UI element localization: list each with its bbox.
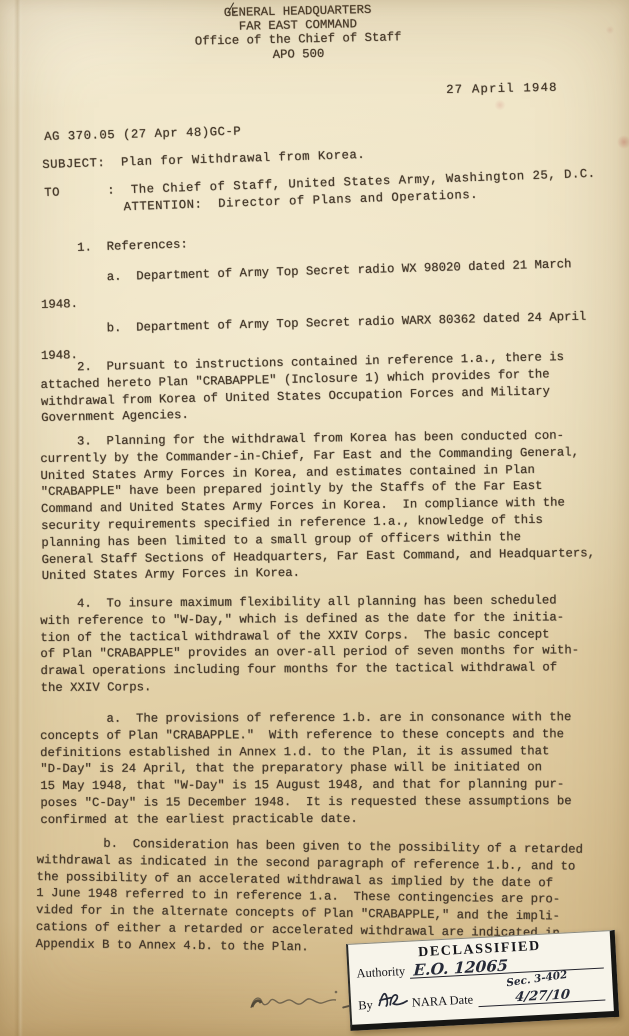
references-heading: 1. References: <box>40 236 188 257</box>
subject-line: SUBJECT: Plan for Withdrawal from Korea. <box>42 147 365 174</box>
text-line: definitions established in Annex 1.d. to… <box>40 743 571 762</box>
paragraph-3: 3. Planning for the withdrawal from Kore… <box>40 427 595 585</box>
text-line: "D-Day" is 24 April, that the preparator… <box>40 760 571 779</box>
paragraph-4: 4. To insure maximum flexibility all pla… <box>40 592 579 697</box>
document-page: /. GENERAL HEADQUARTERSFAR EAST COMMANDO… <box>0 0 629 1036</box>
text-line: poses "C-Day" is 15 December 1948. It is… <box>40 793 571 812</box>
paragraph-2: 2. Pursuant to instructions contained in… <box>40 349 565 427</box>
file-reference-line: AG 370.05 (27 Apr 48)GC-P <box>44 123 241 145</box>
paragraph-4a: a. The provisions of reference 1.b. are … <box>40 709 572 828</box>
by-label: By <box>358 998 373 1014</box>
nara-date-label: NARA Date <box>411 992 473 1010</box>
authority-label: Authority <box>356 964 405 982</box>
to-attention-block: TO : The Chief of Staff, United States A… <box>44 166 596 219</box>
letterhead: GENERAL HEADQUARTERSFAR EAST COMMANDOffi… <box>0 0 613 68</box>
text-line: 15 May 1948, that "W-Day" is 15 August 1… <box>40 776 571 795</box>
text-line: confirmed at the earliest practicable da… <box>40 810 571 829</box>
text-line: concepts of Plan "CRABAPPLE." With refer… <box>40 726 571 745</box>
pencil-scrawl <box>246 988 342 1018</box>
text-line: a. The provisions of reference 1.b. are … <box>40 709 571 728</box>
date-line: 27 April 1948 <box>446 80 558 99</box>
stamp-date-value: 4/27/10 <box>479 986 607 1007</box>
text-line: the XXIV Corps. <box>41 676 580 697</box>
declassified-stamp: DECLASSIFIED Authority E.O. 12065 Sec. 3… <box>346 930 619 1031</box>
nara-signature-icon <box>375 988 410 1015</box>
